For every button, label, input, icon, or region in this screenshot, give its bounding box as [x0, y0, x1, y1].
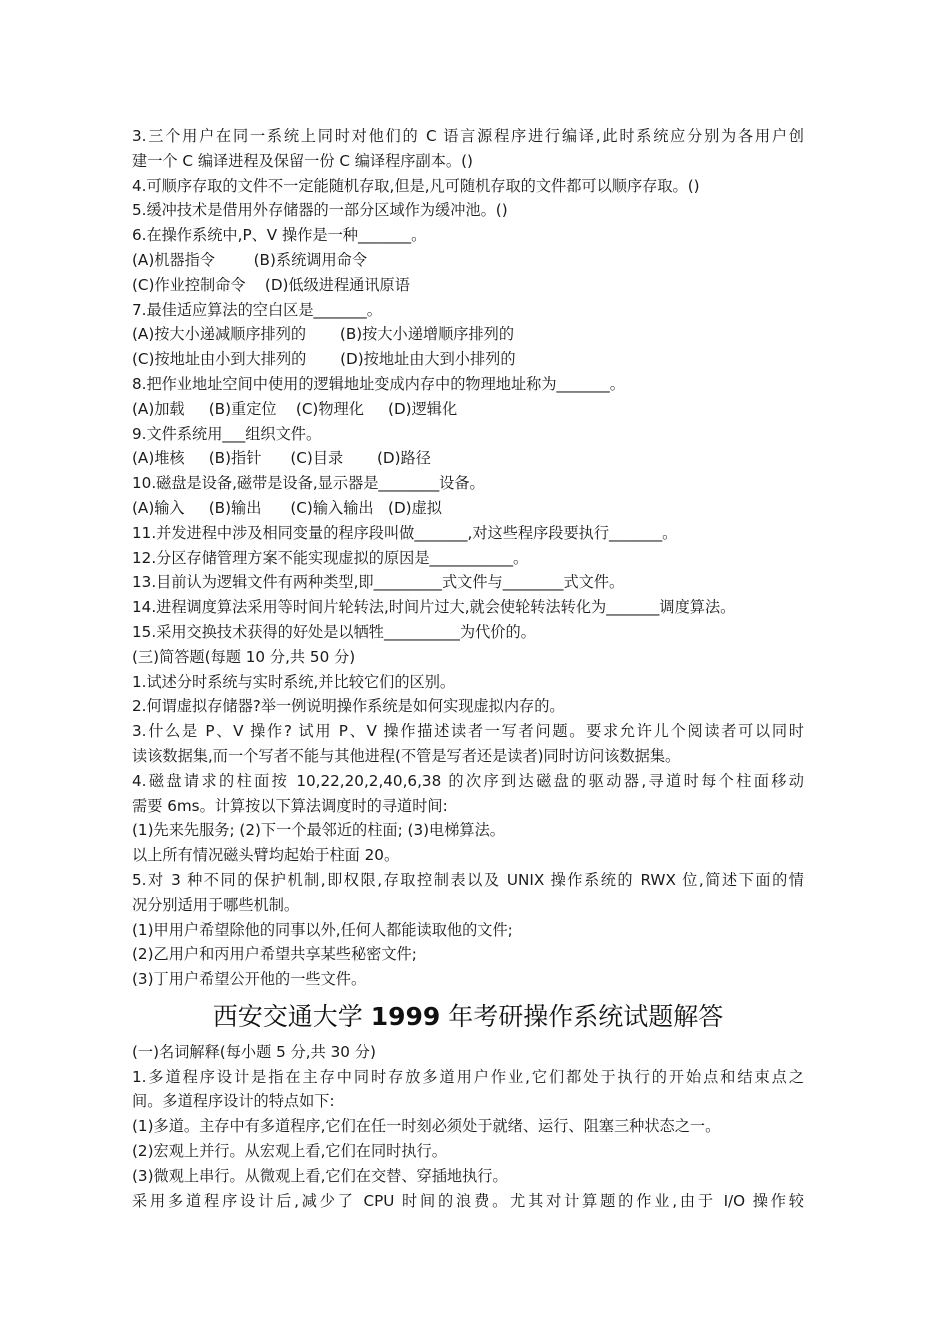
short-answer-5-item-1: (1)甲用户希望除他的同事以外,任何人都能读取他的文件;: [132, 918, 804, 943]
answer-1-feature-3: (3)微观上串行。从微观上看,它们在交替、穿插地执行。: [132, 1164, 804, 1189]
question-9-options: (A)堆核 (B)指针 (C)目录 (D)路径: [132, 446, 804, 471]
short-answer-4-line-1: 4.磁盘请求的柱面按 10,22,20,2,40,6,38 的次序到达磁盘的驱动…: [132, 769, 804, 794]
short-answer-4-line-3: (1)先来先服务; (2)下一个最邻近的柱面; (3)电梯算法。: [132, 818, 804, 843]
question-7-options-ab: (A)按大小递减顺序排列的 (B)按大小递增顺序排列的: [132, 322, 804, 347]
short-answer-5-line-2: 况分别适用于哪些机制。: [132, 893, 804, 918]
title-year: 1999: [371, 1002, 441, 1031]
question-8: 8.把作业地址空间中使用的逻辑地址变成内存中的物理地址称为_______。: [132, 372, 804, 397]
short-answer-3-line-1: 3.什么是 P、V 操作? 试用 P、V 操作描述读者一写者问题。要求允许儿个阅…: [132, 719, 804, 744]
question-7-options-cd: (C)按地址由小到大排列的 (D)按地址由大到小排列的: [132, 347, 804, 372]
question-11: 11.并发进程中涉及相同变量的程序段叫做_______,对这些程序段要执行___…: [132, 521, 804, 546]
title-prefix: 西安交通大学: [213, 1002, 371, 1031]
short-answer-2: 2.何谓虚拟存储器?举一例说明操作系统是如何实现虚拟内存的。: [132, 694, 804, 719]
answer-1-line-2: 间。多道程序设计的特点如下:: [132, 1089, 804, 1114]
question-10-options: (A)输入 (B)输出 (C)输入输出 (D)虚拟: [132, 496, 804, 521]
exam-questions-section: 3.三个用户在同一系统上同时对他们的 C 语言源程序进行编译,此时系统应分别为各…: [132, 124, 804, 992]
question-13: 13.目前认为逻辑文件有两种类型,即_________式文件与________式…: [132, 570, 804, 595]
answer-1-feature-2: (2)宏观上并行。从宏观上看,它们在同时执行。: [132, 1139, 804, 1164]
question-15: 15.采用交换技术获得的好处是以牺牲__________为代价的。: [132, 620, 804, 645]
document-title: 西安交通大学 1999 年考研操作系统试题解答: [132, 994, 804, 1040]
question-3-line-1: 3.三个用户在同一系统上同时对他们的 C 语言源程序进行编译,此时系统应分别为各…: [132, 124, 804, 149]
answers-section-heading: (一)名词解释(每小题 5 分,共 30 分): [132, 1040, 804, 1065]
answers-section: (一)名词解释(每小题 5 分,共 30 分) 1.多道程序设计是指在主存中同时…: [132, 1040, 804, 1214]
question-14: 14.进程调度算法采用等时间片轮转法,时间片过大,就会使轮转法转化为______…: [132, 595, 804, 620]
question-5: 5.缓冲技术是借用外存储器的一部分区域作为缓冲池。(): [132, 198, 804, 223]
short-answer-5-item-3: (3)丁用户希望公开他的一些文件。: [132, 967, 804, 992]
question-12: 12.分区存储管理方案不能实现虚拟的原因是___________。: [132, 546, 804, 571]
section-heading-short-answer: (三)简答题(每题 10 分,共 50 分): [132, 645, 804, 670]
answer-1-feature-1: (1)多道。主存中有多道程序,它们在任一时刻必须处于就绪、运行、阻塞三种状态之一…: [132, 1114, 804, 1139]
title-suffix: 年考研操作系统试题解答: [440, 1002, 723, 1031]
question-6-options-cd: (C)作业控制命令 (D)低级进程通讯原语: [132, 273, 804, 298]
question-3-line-2: 建一个 C 编译进程及保留一份 C 编译程序副本。(): [132, 149, 804, 174]
question-8-options: (A)加载 (B)重定位 (C)物理化 (D)逻辑化: [132, 397, 804, 422]
question-6: 6.在操作系统中,P、V 操作是一种_______。: [132, 223, 804, 248]
question-6-options-ab: (A)机器指令 (B)系统调用命令: [132, 248, 804, 273]
short-answer-5-item-2: (2)乙用户和丙用户希望共享某些秘密文件;: [132, 942, 804, 967]
short-answer-4-line-4: 以上所有情况磁头臂均起始于柱面 20。: [132, 843, 804, 868]
short-answer-1: 1.试述分时系统与实时系统,并比较它们的区别。: [132, 670, 804, 695]
question-4: 4.可顺序存取的文件不一定能随机存取,但是,凡可随机存取的文件都可以顺序存取。(…: [132, 174, 804, 199]
short-answer-4-line-2: 需要 6ms。计算按以下算法调度时的寻道时间:: [132, 794, 804, 819]
question-7: 7.最佳适应算法的空白区是_______。: [132, 298, 804, 323]
question-10: 10.磁盘是设备,磁带是设备,显示器是________设备。: [132, 471, 804, 496]
short-answer-5-line-1: 5.对 3 种不同的保护机制,即权限,存取控制表以及 UNIX 操作系统的 RW…: [132, 868, 804, 893]
short-answer-3-line-2: 读该数据集,而一个写者不能与其他进程(不管是写者还是读者)同时访问该数据集。: [132, 744, 804, 769]
answer-1-conclusion: 采用多道程序设计后,减少了 CPU 时间的浪费。尤其对计算题的作业,由于 I/O…: [132, 1189, 804, 1214]
answer-1-line-1: 1.多道程序设计是指在主存中同时存放多道用户作业,它们都处于执行的开始点和结束点…: [132, 1065, 804, 1090]
document-page: 3.三个用户在同一系统上同时对他们的 C 语言源程序进行编译,此时系统应分别为各…: [132, 124, 804, 1213]
question-9: 9.文件系统用___组织文件。: [132, 422, 804, 447]
